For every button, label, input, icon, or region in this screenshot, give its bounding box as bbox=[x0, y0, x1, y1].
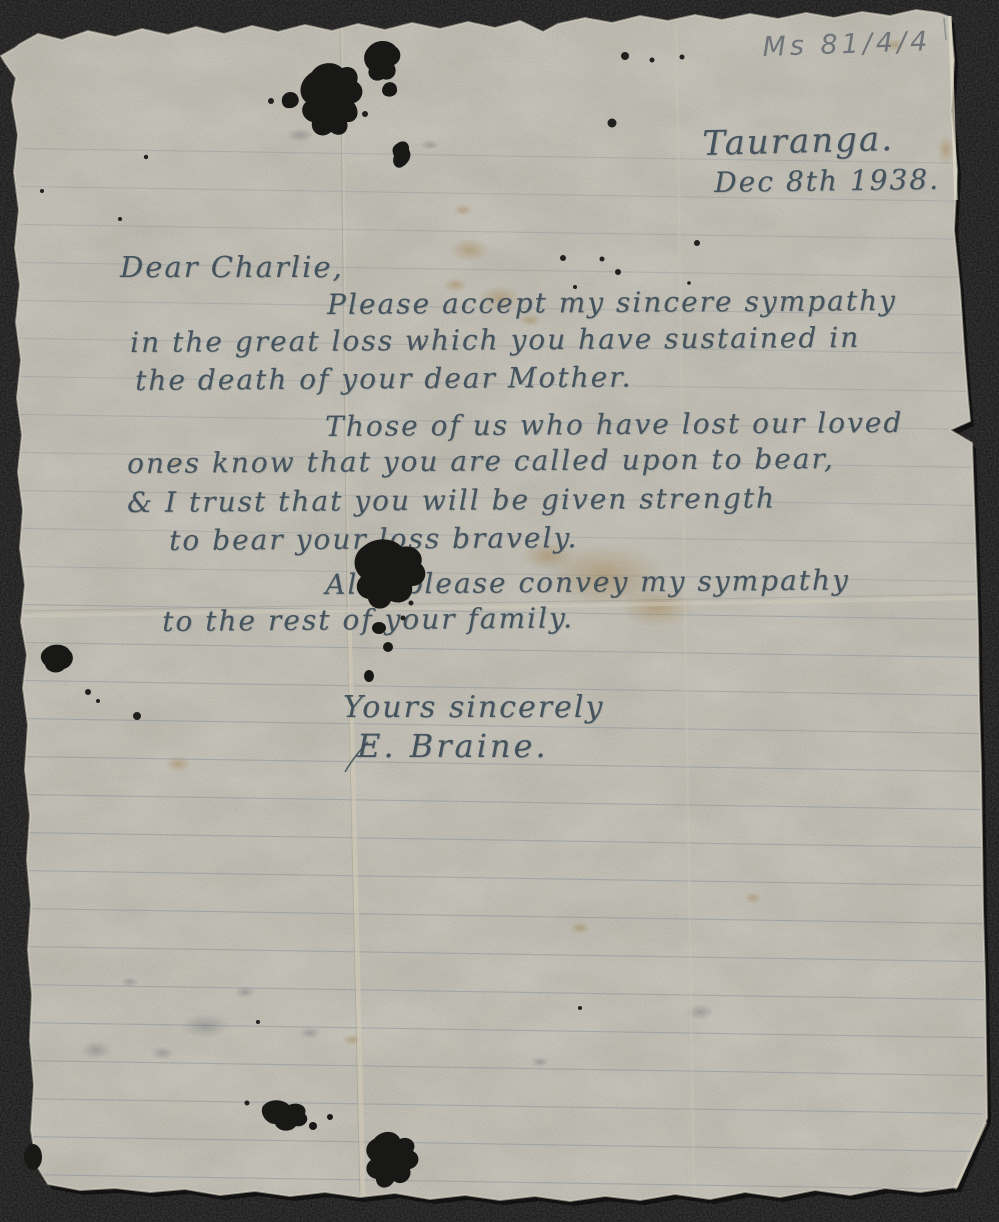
letter-signature: E. Braine. bbox=[357, 727, 549, 765]
body-line: to bear your loss bravely. bbox=[169, 521, 579, 557]
body-line: & I trust that you will be given strengt… bbox=[127, 481, 776, 519]
body-line: Please accept my sincere sympathy bbox=[327, 284, 897, 321]
body-line: to the rest of your family. bbox=[162, 601, 574, 638]
body-line: Also please convey my sympathy bbox=[325, 563, 850, 601]
archive-reference-pencil: Ms 81/4/4 bbox=[762, 26, 932, 63]
body-line: in the great loss which you have sustain… bbox=[130, 321, 860, 359]
letter-place: Tauranga. bbox=[702, 119, 894, 164]
body-line: the death of your dear Mother. bbox=[135, 361, 633, 397]
scanned-letter-photograph: Ms 81/4/4 Tauranga. Dec 8th 1938. Dear C… bbox=[0, 0, 999, 1222]
letter-closing: Yours sincerely bbox=[343, 690, 604, 725]
letter-salutation: Dear Charlie, bbox=[120, 250, 344, 284]
letter-date: Dec 8th 1938. bbox=[714, 163, 940, 199]
letter-text-layer: Ms 81/4/4 Tauranga. Dec 8th 1938. Dear C… bbox=[0, 0, 999, 1222]
body-line: Those of us who have lost our loved bbox=[325, 406, 903, 443]
body-line: ones know that you are called upon to be… bbox=[127, 442, 835, 480]
